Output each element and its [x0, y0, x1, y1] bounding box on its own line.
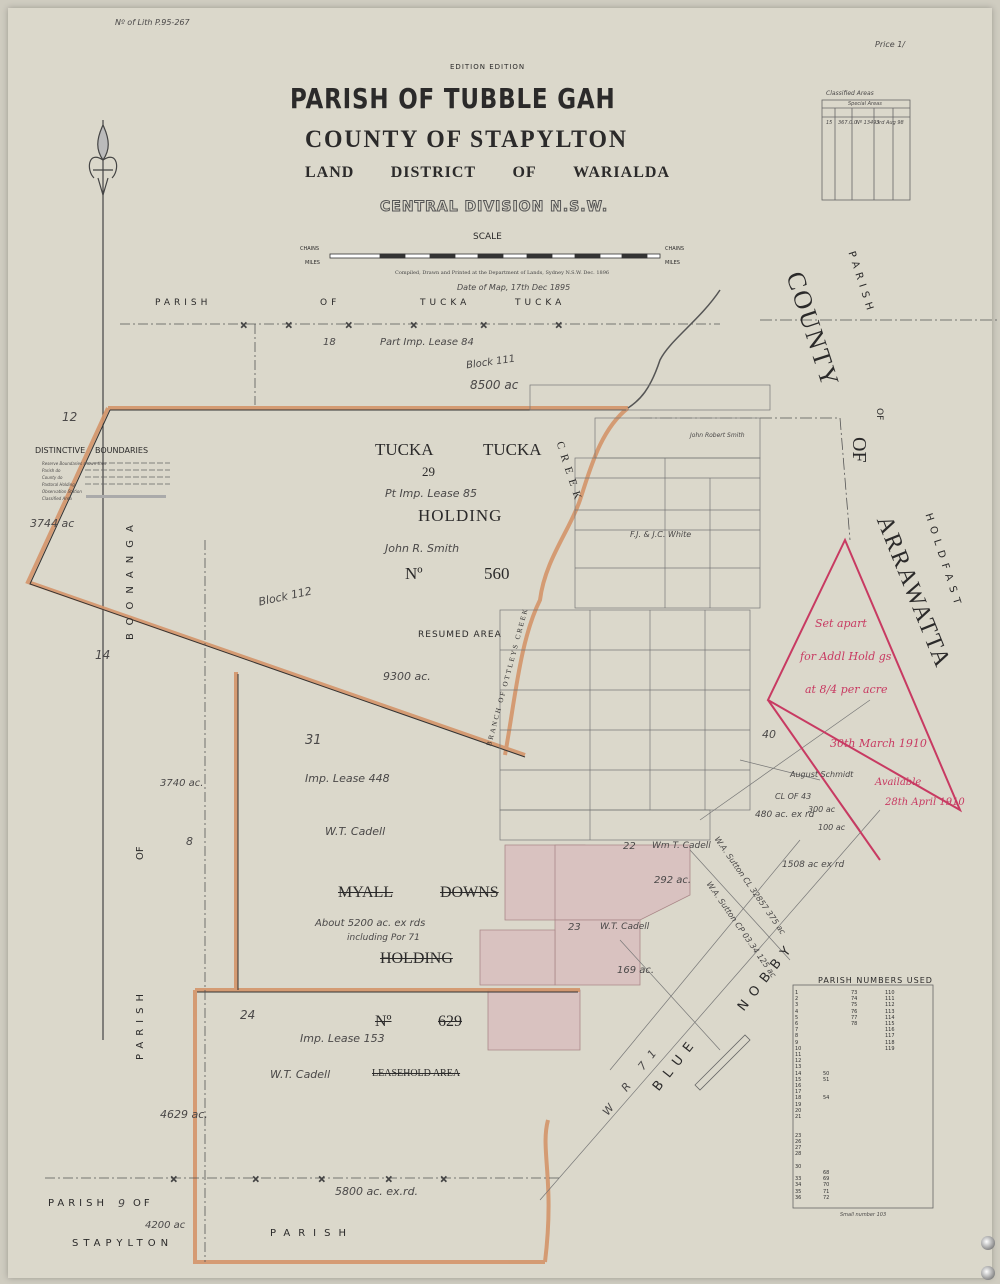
- label-of-right-2: OF: [847, 437, 870, 463]
- parish-numbers-table: 123456789101112131415161718192021 232627…: [795, 990, 915, 1201]
- label-of-left: OF: [135, 846, 146, 860]
- county-title: COUNTY OF STAPYLTON: [305, 126, 628, 154]
- north-arrow-icon: [89, 120, 116, 1040]
- svg-text:×: ×: [385, 1175, 393, 1185]
- owner-john-r-smith: John R. Smith: [385, 542, 459, 555]
- special-areas-label: Special Areas: [848, 101, 882, 107]
- parish-numbers-footnote: Small number 103: [840, 1212, 886, 1218]
- area-292: 292 ac.: [654, 875, 691, 886]
- owner-wm-t-cadell: Wm T. Cadell: [652, 841, 711, 851]
- division-title: CENTRAL DIVISION N.S.W.: [380, 199, 608, 215]
- label-parish-top: PARISH: [155, 298, 211, 308]
- including-71-note: including Por 71: [347, 933, 420, 943]
- date-of-map: Date of Map, 17th Dec 1895: [457, 283, 570, 292]
- set-apart-date-2: 28th April 1910: [885, 797, 965, 808]
- parish-number-cell: 78: [851, 1021, 881, 1027]
- myall-label: MYALL: [338, 884, 393, 902]
- portion-29: 29: [422, 464, 435, 480]
- svg-text:×: ×: [345, 321, 353, 331]
- holding-label-629: HOLDING: [380, 950, 453, 968]
- area-9300: 9300 ac.: [383, 670, 431, 683]
- svg-text:×: ×: [240, 321, 248, 331]
- classified-areas-table: [822, 100, 910, 200]
- lease-448: Imp. Lease 448: [305, 772, 390, 785]
- downs-label: DOWNS: [440, 884, 499, 902]
- scale-label: SCALE: [473, 232, 502, 242]
- creek-line: [628, 290, 720, 408]
- clof-43: CL OF 43: [775, 792, 811, 801]
- owner-fj-jc-white: F.J. & J.C. White: [630, 530, 691, 539]
- legend-title-right: BOUNDARIES: [95, 446, 148, 455]
- no-label-560: Nº: [405, 564, 423, 584]
- portion-24: 24: [240, 1008, 255, 1022]
- tucka-2: TUCKA: [483, 440, 542, 460]
- set-apart-date-1: 30th March 1910: [830, 737, 927, 750]
- set-apart-line-2: for Addl Hold gs: [800, 650, 891, 663]
- classified-row-reg: 15: [826, 120, 832, 126]
- map-title: PARISH OF TUBBLE GAH: [290, 82, 616, 115]
- portion-8: 8: [186, 835, 193, 848]
- price-label: Price 1/: [875, 40, 905, 49]
- land-district-line: LAND DISTRICT OF WARIALDA: [305, 164, 670, 182]
- portion-14: 14: [95, 648, 110, 662]
- edition-label: EDITION EDITION: [450, 63, 525, 71]
- holding-label-560: HOLDING: [418, 506, 502, 526]
- portion-12: 12: [62, 410, 77, 424]
- label-parish-bottom: PARISH: [270, 1228, 354, 1239]
- pushpin-icon: [981, 1236, 995, 1250]
- no-label-629: Nº: [375, 1013, 392, 1031]
- owner-wt-cadell-23: W.T. Cadell: [600, 922, 649, 932]
- lease-84: Part Imp. Lease 84: [380, 337, 474, 348]
- label-of-right-1: OF: [874, 408, 884, 420]
- portion-23: 23: [568, 922, 581, 933]
- pushpin-icon: [981, 1266, 995, 1280]
- about-5200-note: About 5200 ac. ex rds: [315, 918, 425, 929]
- parish-number-cell: 119: [885, 1046, 915, 1052]
- classified-row-date: 3rd Aug 98: [876, 120, 904, 126]
- set-apart-line-1: Set apart: [815, 617, 867, 630]
- chains-label-right: CHAINS: [665, 246, 684, 252]
- svg-text:×: ×: [318, 1175, 326, 1185]
- label-parish-sw: PARISH: [48, 1198, 108, 1209]
- miles-label-right: MILES: [665, 260, 680, 266]
- portion-40: 40: [762, 728, 776, 741]
- owner-august-schmidt: August Schmidt: [790, 770, 853, 779]
- classified-areas-title: Classified Areas: [826, 90, 874, 97]
- owner-wt-cadell-24: W.T. Cadell: [270, 1068, 330, 1081]
- area-3740: 3740 ac.: [160, 778, 203, 789]
- area-8500: 8500 ac: [470, 378, 518, 392]
- svg-text:×: ×: [555, 321, 563, 331]
- label-tucka-top-2: TUCKA: [515, 298, 565, 308]
- label-boonanga: BOONANGA: [125, 517, 136, 640]
- label-of-sw: OF: [133, 1198, 153, 1209]
- lease-85: Pt Imp. Lease 85: [385, 487, 477, 500]
- label-parish-9: 9: [118, 1197, 125, 1210]
- scale-bar: [330, 254, 660, 258]
- miles-label: MILES: [305, 260, 320, 266]
- legend-title-left: DISTINCTIVE: [35, 446, 85, 455]
- svg-text:×: ×: [252, 1175, 260, 1185]
- legend-items: Reserve Boundaries shown thusParish doCo…: [42, 460, 106, 502]
- label-stapylton-sw: STAPYLTON: [72, 1238, 173, 1249]
- label-of-top: OF: [320, 298, 340, 308]
- parish-numbers-title: PARISH NUMBERS USED: [818, 976, 933, 985]
- parish-number-cell: 72: [823, 1195, 847, 1201]
- leasehold-area-label: LEASEHOLD AREA: [372, 1068, 460, 1079]
- svg-text:×: ×: [285, 321, 293, 331]
- compiled-note: Compiled, Drawn and Printed at the Depar…: [395, 270, 609, 276]
- owner-john-robert-smith: John Robert Smith: [690, 432, 745, 439]
- holding-number-560: 560: [484, 564, 510, 584]
- label-tucka-top-1: TUCKA: [420, 298, 470, 308]
- area-169: 169 ac.: [617, 965, 654, 976]
- lith-number: Nº of Lith P.95-267: [115, 18, 190, 27]
- area-1508: 1508 ac ex rd: [782, 860, 844, 870]
- area-3744: 3744 ac: [30, 517, 74, 530]
- portion-22: 22: [623, 841, 636, 852]
- portion-31: 31: [305, 733, 322, 748]
- set-apart-line-3: at 8/4 per acre: [805, 683, 887, 696]
- lease-153: Imp. Lease 153: [300, 1032, 385, 1045]
- classified-row-area: 367.0.0: [838, 120, 857, 126]
- set-apart-available: Available: [875, 777, 921, 788]
- resumed-area-label: RESUMED AREA: [418, 630, 502, 640]
- svg-text:×: ×: [440, 1175, 448, 1185]
- area-5800: 5800 ac. ex.rd.: [335, 1185, 418, 1198]
- portion-18: 18: [323, 337, 336, 348]
- label-parish-left: PARISH: [135, 988, 146, 1060]
- holding-number-629: 629: [438, 1013, 462, 1031]
- owner-wt-cadell-31: W.T. Cadell: [325, 825, 385, 838]
- chains-label: CHAINS: [300, 246, 319, 252]
- area-300: 300 ac: [808, 805, 835, 814]
- svg-text:×: ×: [170, 1175, 178, 1185]
- area-480: 480 ac. ex rd: [755, 810, 814, 820]
- parish-number-cell: 36: [795, 1195, 819, 1201]
- area-4629: 4629 ac.: [160, 1108, 208, 1121]
- svg-text:×: ×: [480, 321, 488, 331]
- area-4200: 4200 ac: [145, 1220, 185, 1231]
- tucka-1: TUCKA: [375, 440, 434, 460]
- area-100: 100 ac: [818, 823, 845, 832]
- svg-text:×: ×: [410, 321, 418, 331]
